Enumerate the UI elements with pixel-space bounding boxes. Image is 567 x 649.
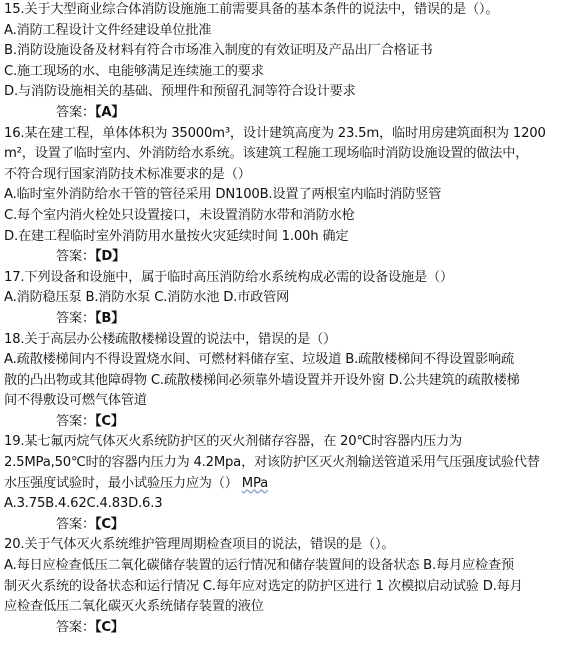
option-a-b: A.临时室外消防给水干管的管径采用 DN100B.设置了两根室内临时消防竖管	[4, 185, 567, 206]
exam-document: 15.关于大型商业综合体消防设施施工前需要具备的基本条件的说法中，错误的是（）。…	[0, 0, 567, 638]
answer-line: 答案：【C】	[4, 515, 567, 536]
answer-value: 【C】	[95, 620, 124, 635]
option-c: C.每个室内消火栓处只设置接口，未设置消防水带和消防水枪	[4, 206, 567, 227]
option-b: B.消防设施设备及材料有符合市场准入制度的有效证明及产品出厂合格证书	[4, 41, 567, 62]
question-16: 16.某在建工程，单体体积为 35000m³，设计建筑高度为 23.5m，临时用…	[4, 124, 567, 268]
question-20: 20.关于气体灭火系统维护管理周期检查项目的说法，错误的是（）。 A.每日应检查…	[4, 535, 567, 638]
option-c: C.施工现场的水、电能够满足连续施工的要求	[4, 62, 567, 83]
question-stem: 17.下列设备和设施中，属于临时高压消防给水系统构成必需的设备设施是（）	[4, 268, 567, 289]
option-a: A.消防工程设计文件经建设单位批准	[4, 21, 567, 42]
answer-value: 【C】	[95, 517, 124, 532]
question-stem: 15.关于大型商业综合体消防设施施工前需要具备的基本条件的说法中，错误的是（）。	[4, 0, 567, 21]
answer-line: 答案：【A】	[4, 103, 567, 124]
question-stem: 20.关于气体灭火系统维护管理周期检查项目的说法，错误的是（）。	[4, 535, 567, 556]
question-stem-line-2: 2.5MPa,50℃时的容器内压力为 4.2Mpa，对该防护区灭火剂输送管道采用…	[4, 453, 567, 474]
answer-value: 【A】	[95, 105, 124, 120]
options-line-2: 散的凸出物或其他障碍物 C.疏散楼梯间必须靠外墙设置并开设外窗 D.公共建筑的疏…	[4, 371, 567, 392]
answer-label: 答案：	[56, 517, 95, 532]
question-stem: 18.关于高层办公楼疏散楼梯设置的说法中，错误的是（）	[4, 330, 567, 351]
question-stem-line-1: 19.某七氟丙烷气体灭火系统防护区的灭火剂储存容器，在 20℃时容器内压力为	[4, 432, 567, 453]
answer-value: 【B】	[95, 311, 124, 326]
answer-value: 【D】	[95, 249, 125, 264]
question-17: 17.下列设备和设施中，属于临时高压消防给水系统构成必需的设备设施是（） A.消…	[4, 268, 567, 330]
options-line-1: A.疏散楼梯间内不得设置烧水间、可燃材料储存室、垃圾道 B.疏散楼梯间不得设置影…	[4, 350, 567, 371]
question-stem-line-3: 水压强度试验时，最小试验压力应为（） MPa	[4, 474, 567, 495]
answer-value: 【C】	[95, 414, 124, 429]
answer-line: 答案：【B】	[4, 309, 567, 330]
options-line-3: 间不得敷设可燃气体管道	[4, 391, 567, 412]
answer-line: 答案：【D】	[4, 247, 567, 268]
answer-line: 答案：【C】	[4, 618, 567, 639]
answer-label: 答案：	[56, 105, 95, 120]
unit-text: MPa	[242, 476, 268, 491]
answer-label: 答案：	[56, 311, 95, 326]
question-stem-line-2: m²，设置了临时室内、外消防给水系统。该建筑工程施工现场临时消防设施设置的做法中…	[4, 144, 567, 165]
question-stem-line-3: 不符合现行国家消防技术标准要求的是（）	[4, 165, 567, 186]
question-18: 18.关于高层办公楼疏散楼梯设置的说法中，错误的是（） A.疏散楼梯间内不得设置…	[4, 330, 567, 433]
question-stem-text: 水压强度试验时，最小试验压力应为（）	[4, 476, 238, 491]
options-line-3: 应检查低压二氧化碳灭火系统储存装置的液位	[4, 597, 567, 618]
answer-line: 答案：【C】	[4, 412, 567, 433]
question-19: 19.某七氟丙烷气体灭火系统防护区的灭火剂储存容器，在 20℃时容器内压力为 2…	[4, 432, 567, 535]
answer-label: 答案：	[56, 249, 95, 264]
option-d: D.与消防设施相关的基础、预埋件和预留孔洞等符合设计要求	[4, 82, 567, 103]
options-line: A.3.75B.4.62C.4.83D.6.3	[4, 494, 567, 515]
answer-label: 答案：	[56, 620, 95, 635]
options-line: A.消防稳压泵 B.消防水泵 C.消防水池 D.市政管网	[4, 288, 567, 309]
answer-label: 答案：	[56, 414, 95, 429]
question-15: 15.关于大型商业综合体消防设施施工前需要具备的基本条件的说法中，错误的是（）。…	[4, 0, 567, 124]
question-stem-line-1: 16.某在建工程，单体体积为 35000m³，设计建筑高度为 23.5m，临时用…	[4, 124, 567, 145]
options-line-2: 制灭火系统的设备状态和运行情况 C.每年应对选定的防护区进行 1 次模拟启动试验…	[4, 577, 567, 598]
options-line-1: A.每日应检查低压二氧化碳储存装置的运行情况和储存装置间的设备状态 B.每月应检…	[4, 556, 567, 577]
option-d: D.在建工程临时室外消防用水量按火灾延续时间 1.00h 确定	[4, 227, 567, 248]
